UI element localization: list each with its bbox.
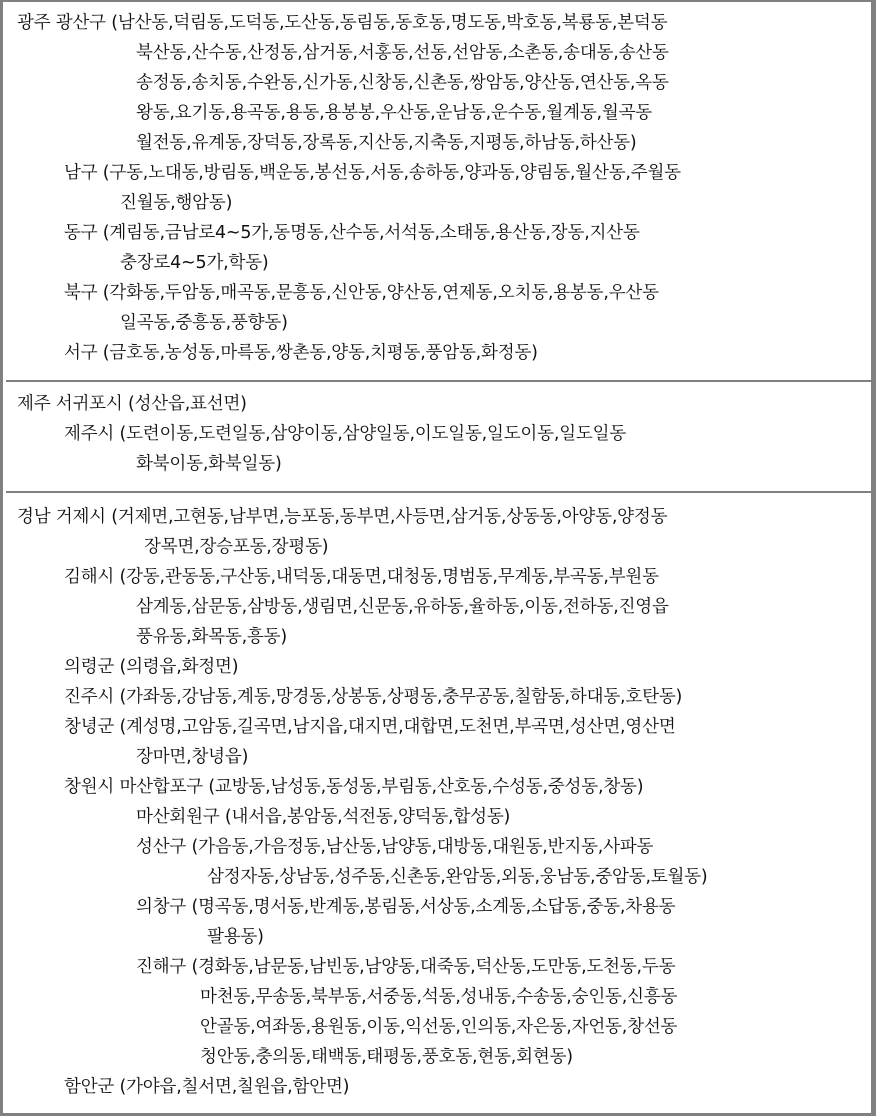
- document-table: 광주 광산구 (남산동,덕림동,도덕동,도산동,동림동,동호동,명도동,박호동,…: [0, 0, 876, 1116]
- region-line: 창원시 마산합포구 (교방동,남성동,동성동,부림동,산호동,수성동,중성동,창…: [64, 772, 643, 802]
- region-line: 월전동,유계동,장덕동,장록동,지산동,지축동,지평동,하남동,하산동): [136, 128, 637, 158]
- region-line: 제주시 (도련이동,도련일동,삼양이동,삼양일동,이도일동,일도이동,일도일동: [64, 419, 626, 449]
- region-line: 장목면,장승포동,장평동): [144, 532, 328, 562]
- region-line: 진주시 (가좌동,강남동,계동,망경동,상봉동,상평동,충무공동,칠함동,하대동…: [64, 682, 682, 712]
- region-line: 북구 (각화동,두암동,매곡동,문흥동,신안동,양산동,연제동,오치동,용봉동,…: [64, 278, 659, 308]
- region-line: 삼정자동,상남동,성주동,신촌동,완암동,외동,웅남동,중암동,토월동): [207, 862, 708, 892]
- region-line: 김해시 (강동,관동동,구산동,내덕동,대동면,대청동,명범동,무계동,부곡동,…: [64, 562, 659, 592]
- section-divider: [6, 380, 871, 382]
- region-line: 충장로4~5가,학동): [120, 248, 269, 278]
- region-line: 송정동,송치동,수완동,신가동,신창동,신촌동,쌍암동,양산동,연산동,옥동: [136, 68, 669, 98]
- region-line: 삼계동,삼문동,삼방동,생림면,신문동,유하동,율하동,이동,전하동,진영읍: [136, 592, 669, 622]
- region-line: 의창구 (명곡동,명서동,반계동,봉림동,서상동,소계동,소답동,중동,차용동: [136, 892, 675, 922]
- region-line: 창녕군 (계성명,고암동,길곡면,남지읍,대지면,대합면,도천면,부곡면,성산면…: [64, 712, 676, 742]
- region-line: 남구 (구동,노대동,방림동,백운동,봉선동,서동,송하동,양과동,양림동,월산…: [64, 158, 681, 188]
- region-line: 함안군 (가야읍,칠서면,칠원읍,함안면): [64, 1072, 349, 1102]
- region-line: 마천동,무송동,북부동,서중동,석동,성내동,수송동,숭인동,신흥동: [200, 982, 677, 1012]
- region-line: 의령군 (의령읍,화정면): [64, 652, 238, 682]
- region-line: 동구 (계림동,금남로4~5가,동명동,산수동,서석동,소태동,용산동,장동,지…: [64, 218, 640, 248]
- region-line: 화북이동,화북일동): [136, 449, 282, 479]
- section-divider: [6, 491, 871, 493]
- region-line: 팔용동): [207, 922, 264, 952]
- region-line: 광주 광산구 (남산동,덕림동,도덕동,도산동,동림동,동호동,명도동,박호동,…: [17, 8, 667, 38]
- region-line: 장마면,창녕읍): [136, 742, 248, 772]
- region-line: 일곡동,중흥동,풍향동): [120, 308, 288, 338]
- region-line: 경남 거제시 (거제면,고현동,남부면,능포동,동부면,사등면,삼거동,상동동,…: [17, 502, 667, 532]
- region-line: 왕동,요기동,용곡동,용동,용봉봉,우산동,운남동,운수동,월계동,월곡동: [136, 98, 652, 128]
- region-line: 진해구 (경화동,남문동,남빈동,남양동,대죽동,덕산동,도만동,도천동,두동: [136, 952, 675, 982]
- region-line: 청안동,충의동,태백동,태평동,풍호동,현동,회현동): [200, 1042, 573, 1072]
- region-line: 제주 서귀포시 (성산읍,표선면): [17, 389, 247, 419]
- region-line: 마산회원구 (내서읍,봉암동,석전동,양덕동,합성동): [136, 802, 510, 832]
- region-line: 진월동,행암동): [120, 188, 232, 218]
- region-line: 북산동,산수동,산정동,삼거동,서홍동,선동,선암동,소촌동,송대동,송산동: [136, 38, 669, 68]
- region-line: 풍유동,화목동,흥동): [136, 622, 287, 652]
- region-line: 서구 (금호동,농성동,마륵동,쌍촌동,양동,치평동,풍암동,화정동): [64, 338, 538, 368]
- region-line: 성산구 (가음동,가음정동,남산동,남양동,대방동,대원동,반지동,사파동: [136, 832, 653, 862]
- region-line: 안골동,여좌동,용원동,이동,익선동,인의동,자은동,자언동,창선동: [200, 1012, 677, 1042]
